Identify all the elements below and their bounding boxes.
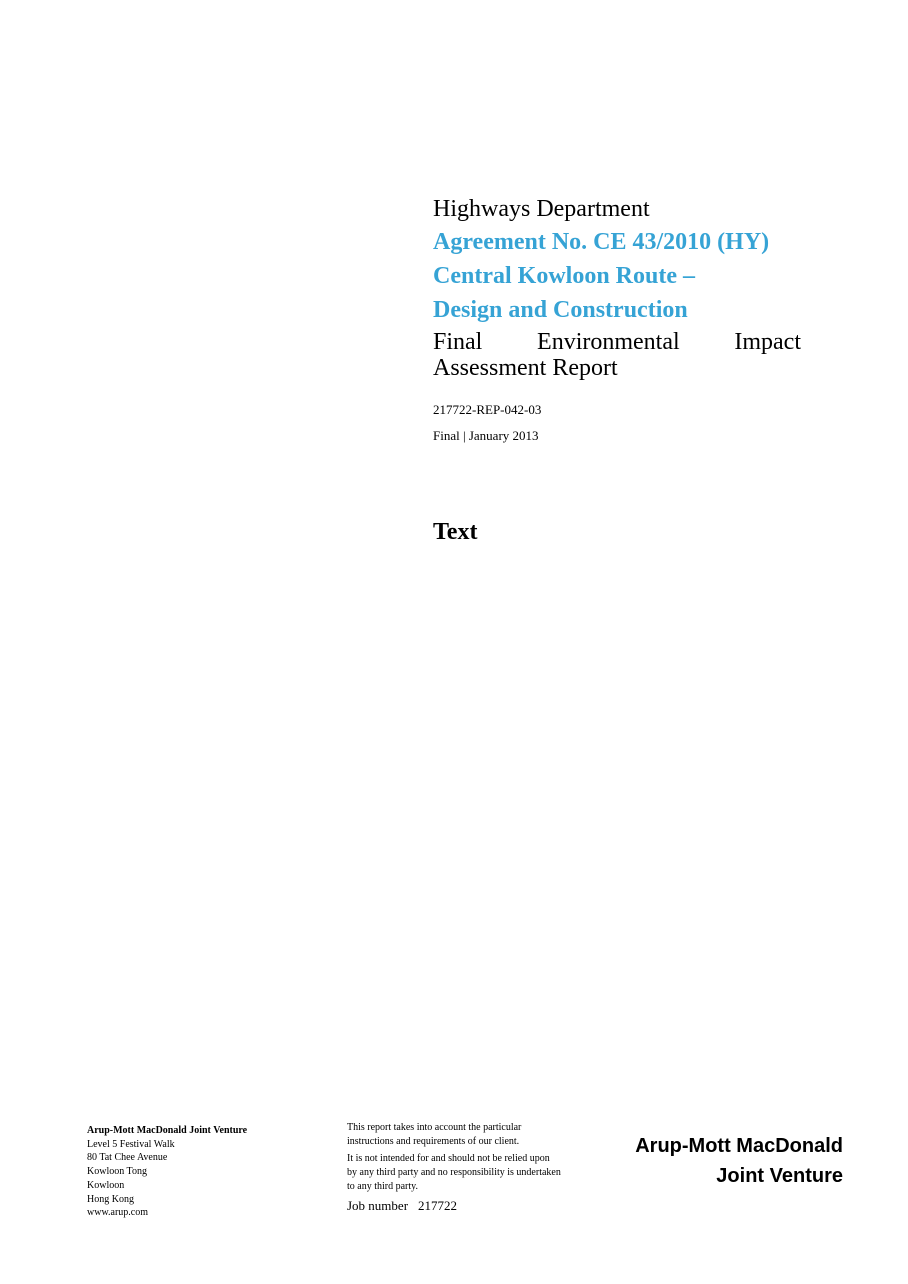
address-company: Arup-Mott MacDonald Joint Venture [87,1124,247,1138]
cover-title-block: Highways Department Agreement No. CE 43/… [433,193,801,444]
disclaimer-para1: This report takes into account the parti… [347,1121,562,1149]
document-status: Final | January 2013 [433,428,801,444]
status-label: Final [433,428,460,443]
section-heading: Text [433,519,477,546]
report-title-word: Environmental [537,329,680,355]
address-line: Kowloon [87,1179,247,1193]
agreement-number: Agreement No. CE 43/2010 (HY) [433,225,801,259]
address-line: 80 Tat Chee Avenue [87,1151,247,1165]
project-title-line1: Central Kowloon Route – [433,259,801,293]
disclaimer: This report takes into account the parti… [347,1121,562,1213]
issue-date: January 2013 [469,428,539,443]
address-line: Kowloon Tong [87,1165,247,1179]
job-number-label: Job number [347,1198,408,1213]
job-number: Job number217722 [347,1199,562,1213]
report-title-word: Impact [734,329,801,355]
report-title-line2: Assessment Report [433,355,801,381]
office-address: Arup-Mott MacDonald Joint Venture Level … [87,1124,247,1220]
company-logo: Arup-Mott MacDonald Joint Venture [635,1131,843,1191]
disclaimer-para2: It is not intended for and should not be… [347,1152,562,1194]
report-title: Final Environmental Impact Assessment Re… [433,329,801,381]
client-name: Highways Department [433,193,801,225]
report-title-word: Final [433,329,482,355]
address-line: Hong Kong [87,1193,247,1207]
address-line: Level 5 Festival Walk [87,1138,247,1152]
logo-line1: Arup-Mott MacDonald [635,1131,843,1161]
website-link[interactable]: www.arup.com [87,1206,247,1220]
document-reference: 217722-REP-042-03 [433,402,801,418]
project-title-line2: Design and Construction [433,293,801,327]
logo-line2: Joint Venture [635,1161,843,1191]
status-separator: | [463,428,466,443]
job-number-value: 217722 [418,1198,457,1213]
